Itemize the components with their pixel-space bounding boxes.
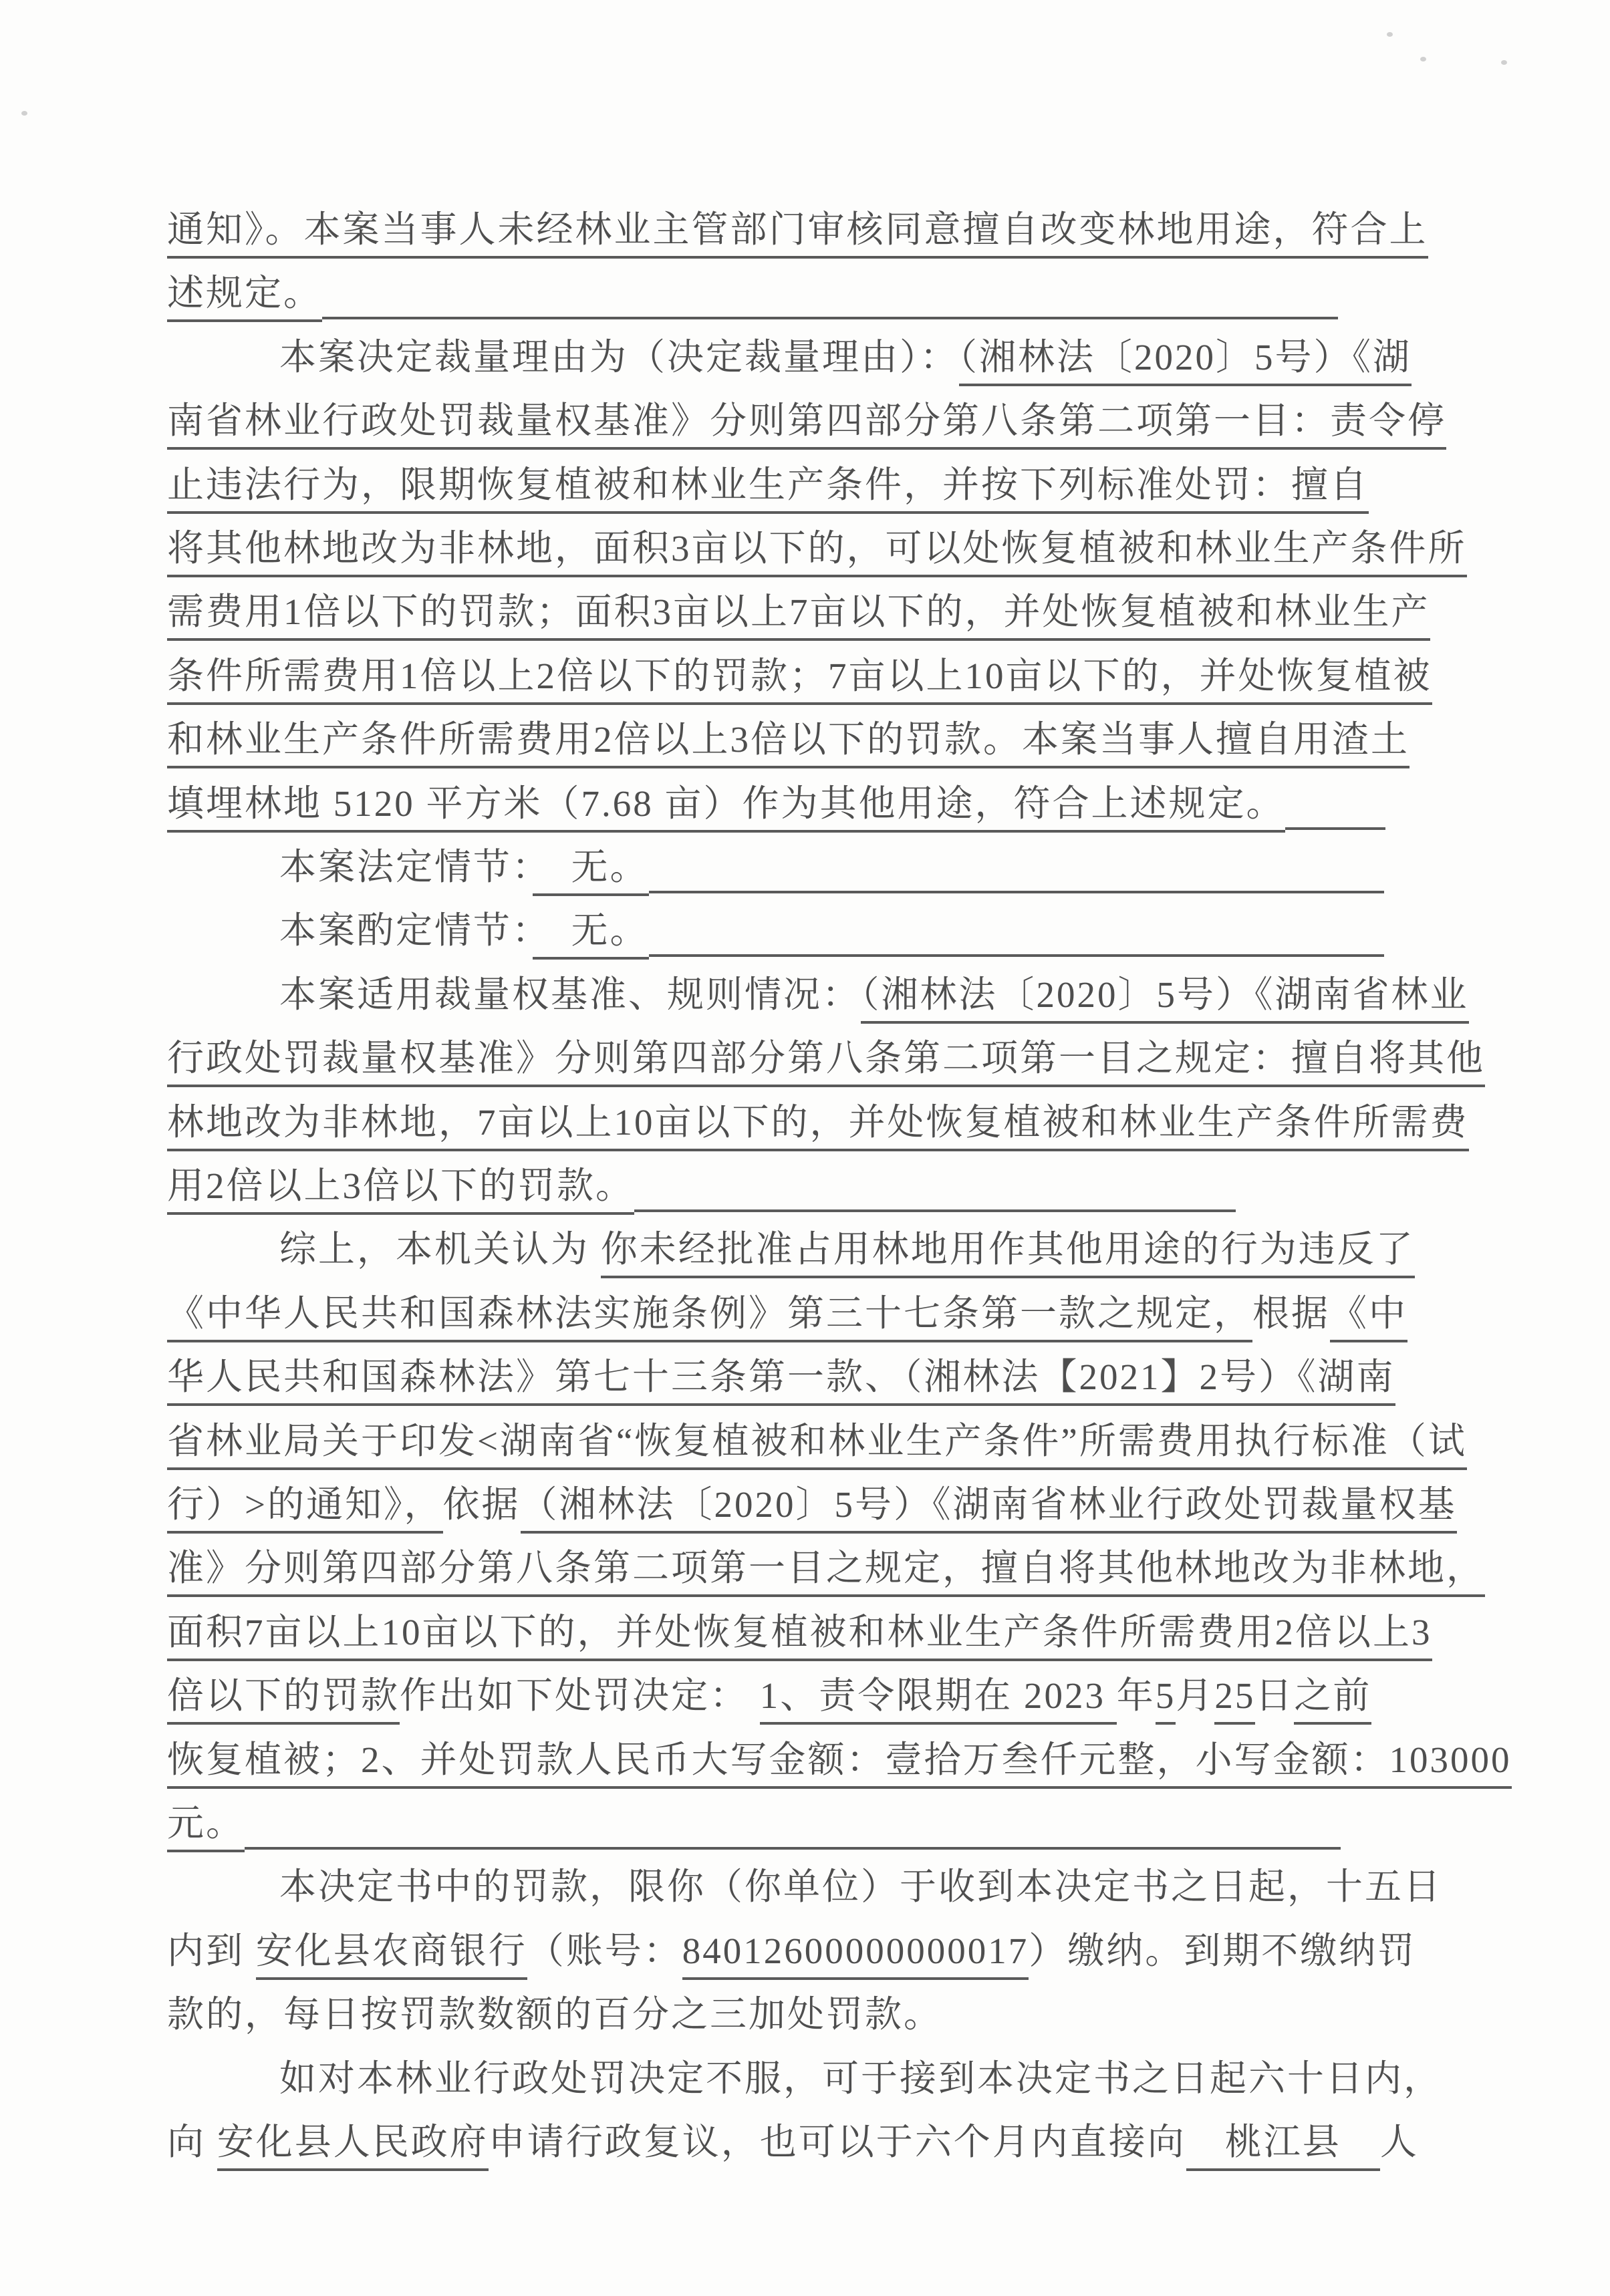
filled-in-text: （湘林法〔2020〕5号）《湖南省林业行政处罚裁量权基 (521, 1484, 1457, 1534)
filled-in-text: 倍以下的罚款 (167, 1675, 400, 1725)
document-line: 准》分则第四部分第八条第二项第一目之规定，擅自将其他林地改为非林地， (167, 1548, 1485, 1588)
filled-in-text: 元。 (167, 1803, 245, 1852)
document-line: 述规定。 (167, 273, 1338, 319)
document-line: 本决定书中的罚款，限你（你单位）于收到本决定书之日起，十五日 (279, 1867, 1442, 1907)
document-line: 南省林业行政处罚裁量权基准》分则第四部分第八条第二项第一目：责令停 (167, 401, 1446, 441)
document-line: 倍以下的罚款作出如下处罚决定： 1、责令限期在 2023 年5月25日之前 (167, 1676, 1371, 1716)
scan-speck (1387, 32, 1393, 37)
filled-in-text: 通知》。本案当事人未经林业主管部门审核同意擅自改变林地用途，符合上 (167, 209, 1428, 259)
blank-underline (1285, 827, 1385, 830)
filled-in-text: 安化县人民政府 (217, 2122, 489, 2171)
printed-text: 本案酌定情节： (279, 910, 533, 951)
document-line: 行政处罚裁量权基准》分则第四部分第八条第二项第一目之规定：擅自将其他 (167, 1038, 1485, 1079)
printed-text: 日 (1255, 1675, 1294, 1716)
document-line: 《中华人民共和国森林法实施条例》第三十七条第一款之规定，根据《中 (167, 1294, 1407, 1334)
printed-text: 依据 (443, 1484, 521, 1525)
filled-in-text: 行政处罚裁量权基准》分则第四部分第八条第二项第一目之规定：擅自将其他 (167, 1038, 1485, 1087)
filled-in-text: 林地改为非林地，7亩以上10亩以下的，并处恢复植被和林业生产条件所需费 (167, 1102, 1469, 1151)
document-line: 将其他林地改为非林地，面积3亩以下的，可以处恢复植被和林业生产条件所 (167, 529, 1467, 569)
blank-underline (245, 1847, 1341, 1850)
document-line: 和林业生产条件所需费用2倍以上3倍以下的罚款。本案当事人擅自用渣土 (167, 720, 1410, 760)
filled-in-text: （湘林法〔2020〕5号）《湖 (959, 337, 1412, 386)
printed-text: 作出如下处罚决定： (400, 1675, 760, 1716)
document-line: 恢复植被；2、并处罚款人民币大写金额：壹拾万叁仟元整，小写金额：103000 (167, 1740, 1512, 1780)
filled-in-text: 《中 (1330, 1293, 1407, 1342)
printed-text: 月 (1176, 1675, 1214, 1716)
filled-in-text: 和林业生产条件所需费用2倍以上3倍以下的罚款。本案当事人擅自用渣土 (167, 719, 1410, 768)
filled-in-text: 1、责令限期在 2023 (760, 1675, 1117, 1725)
filled-in-text: 省林业局关于印发<湖南省“恢复植被和林业生产条件”所需费用执行标准（试 (167, 1421, 1467, 1470)
printed-text: 本案适用裁量权基准、规则情况： (279, 974, 861, 1015)
filled-in-text: 你未经批准占用林地用作其他用途的行为违反了 (601, 1229, 1415, 1278)
document-line: 本案酌定情节： 无。 (279, 911, 1384, 957)
filled-in-text: 将其他林地改为非林地，面积3亩以下的，可以处恢复植被和林业生产条件所 (167, 528, 1467, 577)
filled-in-text: 条件所需费用1倍以上2倍以下的罚款；7亩以上10亩以下的，并处恢复植被 (167, 656, 1432, 705)
printed-text: 本案法定情节： (279, 847, 533, 887)
document-line: 省林业局关于印发<湖南省“恢复植被和林业生产条件”所需费用执行标准（试 (167, 1421, 1467, 1461)
printed-text: 如对本林业行政处罚决定不服，可于接到本决定书之日起六十日内， (279, 2058, 1442, 2099)
printed-text: 申请行政复议，也可以于六个月内直接向 (489, 2122, 1186, 2162)
document-line: 用2倍以上3倍以下的罚款。 (167, 1166, 1236, 1212)
filled-in-text: 用2倍以上3倍以下的罚款。 (167, 1165, 634, 1215)
filled-in-text: 华人民共和国森林法》第七十三条第一款、（湘林法【2021】2号）《湖南 (167, 1356, 1395, 1406)
document-line: 需费用1倍以下的罚款；面积3亩以上7亩以下的，并处恢复植被和林业生产 (167, 592, 1430, 632)
document-line: 华人民共和国森林法》第七十三条第一款、（湘林法【2021】2号）《湖南 (167, 1357, 1395, 1397)
printed-text: 内到 (167, 1930, 256, 1971)
blank-underline (634, 1209, 1236, 1212)
filled-in-text: 安化县农商银行 (256, 1930, 527, 1980)
document-line: 款的，每日按罚款数额的百分之三加处罚款。 (167, 1995, 942, 2035)
printed-text: 本案决定裁量理由为（决定裁量理由）： (279, 337, 959, 378)
printed-text: 款的，每日按罚款数额的百分之三加处罚款。 (167, 1994, 942, 2035)
document-line: 填埋林地 5120 平方米（7.68 亩）作为其他用途，符合上述规定。 (167, 784, 1385, 830)
document-line: 本案适用裁量权基准、规则情况：（湘林法〔2020〕5号）《湖南省林业 (279, 975, 1469, 1015)
filled-in-text: 面积7亩以上10亩以下的，并处恢复植被和林业生产条件所需费用2倍以上3 (167, 1612, 1432, 1661)
filled-in-text: 填埋林地 5120 平方米（7.68 亩）作为其他用途，符合上述规定。 (167, 783, 1285, 833)
printed-text: （账号： (527, 1930, 682, 1971)
filled-in-text: 无。 (533, 847, 649, 896)
filled-in-text: 《中华人民共和国森林法实施条例》第三十七条第一款之规定， (167, 1293, 1252, 1342)
filled-in-text: 5 (1156, 1675, 1176, 1725)
document-line: 向 安化县人民政府申请行政复议，也可以于六个月内直接向 桃江县 人 (167, 2122, 1419, 2162)
filled-in-text: 之前 (1294, 1675, 1371, 1725)
filled-in-text: 需费用1倍以下的罚款；面积3亩以上7亩以下的，并处恢复植被和林业生产 (167, 591, 1430, 641)
document-line: 综上，本机关认为 你未经批准占用林地用作其他用途的行为违反了 (279, 1230, 1415, 1270)
document-line: 通知》。本案当事人未经林业主管部门审核同意擅自改变林地用途，符合上 (167, 210, 1428, 250)
printed-text: 综上，本机关认为 (279, 1229, 601, 1270)
printed-text: 本决定书中的罚款，限你（你单位）于收到本决定书之日起，十五日 (279, 1866, 1442, 1907)
filled-in-text: 南省林业行政处罚裁量权基准》分则第四部分第八条第二项第一目：责令停 (167, 400, 1446, 450)
filled-in-text: 述规定。 (167, 273, 322, 322)
filled-in-text: 恢复植被；2、并处罚款人民币大写金额：壹拾万叁仟元整，小写金额：103000 (167, 1739, 1512, 1789)
document-line: 条件所需费用1倍以上2倍以下的罚款；7亩以上10亩以下的，并处恢复植被 (167, 656, 1432, 696)
filled-in-text: 桃江县 (1186, 2122, 1380, 2171)
scan-speck (1420, 57, 1426, 61)
document-line: 行）>的通知》，依据（湘林法〔2020〕5号）《湖南省林业行政处罚裁量权基 (167, 1485, 1457, 1525)
printed-text: 向 (167, 2122, 217, 2162)
document-line: 本案决定裁量理由为（决定裁量理由）：（湘林法〔2020〕5号）《湖 (279, 337, 1412, 378)
scan-speck (21, 111, 27, 116)
filled-in-text: 准》分则第四部分第八条第二项第一目之规定，擅自将其他林地改为非林地， (167, 1548, 1485, 1597)
printed-text: 根据 (1252, 1293, 1330, 1334)
document-line: 本案法定情节： 无。 (279, 847, 1384, 893)
scan-speck (1501, 60, 1507, 65)
printed-text: 人 (1380, 2122, 1419, 2162)
document-line: 林地改为非林地，7亩以上10亩以下的，并处恢复植被和林业生产条件所需费 (167, 1103, 1469, 1143)
filled-in-text: 无。 (533, 910, 649, 960)
blank-underline (322, 317, 1338, 319)
printed-text: 年 (1117, 1675, 1156, 1716)
blank-underline (649, 891, 1384, 893)
document-line: 元。 (167, 1804, 1341, 1850)
filled-in-text: 25 (1214, 1675, 1255, 1725)
document-line: 面积7亩以上10亩以下的，并处恢复植被和林业生产条件所需费用2倍以上3 (167, 1612, 1432, 1653)
document-line: 止违法行为，限期恢复植被和林业生产条件，并按下列标准处罚：擅自 (167, 465, 1369, 505)
blank-underline (649, 954, 1384, 957)
filled-in-text: 84012600000000017 (682, 1930, 1029, 1980)
document-line: 内到 安化县农商银行（账号：84012600000000017）缴纳。到期不缴纳… (167, 1931, 1416, 1971)
scanned-document-page: 通知》。本案当事人未经林业主管部门审核同意擅自改变林地用途，符合上述规定。本案决… (0, 0, 1610, 2296)
filled-in-text: 止违法行为，限期恢复植被和林业生产条件，并按下列标准处罚：擅自 (167, 464, 1369, 514)
filled-in-text: 行）>的通知》， (167, 1484, 443, 1534)
document-line: 如对本林业行政处罚决定不服，可于接到本决定书之日起六十日内， (279, 2059, 1442, 2099)
filled-in-text: （湘林法〔2020〕5号）《湖南省林业 (861, 974, 1469, 1024)
printed-text: ）缴纳。到期不缴纳罚 (1029, 1930, 1416, 1971)
